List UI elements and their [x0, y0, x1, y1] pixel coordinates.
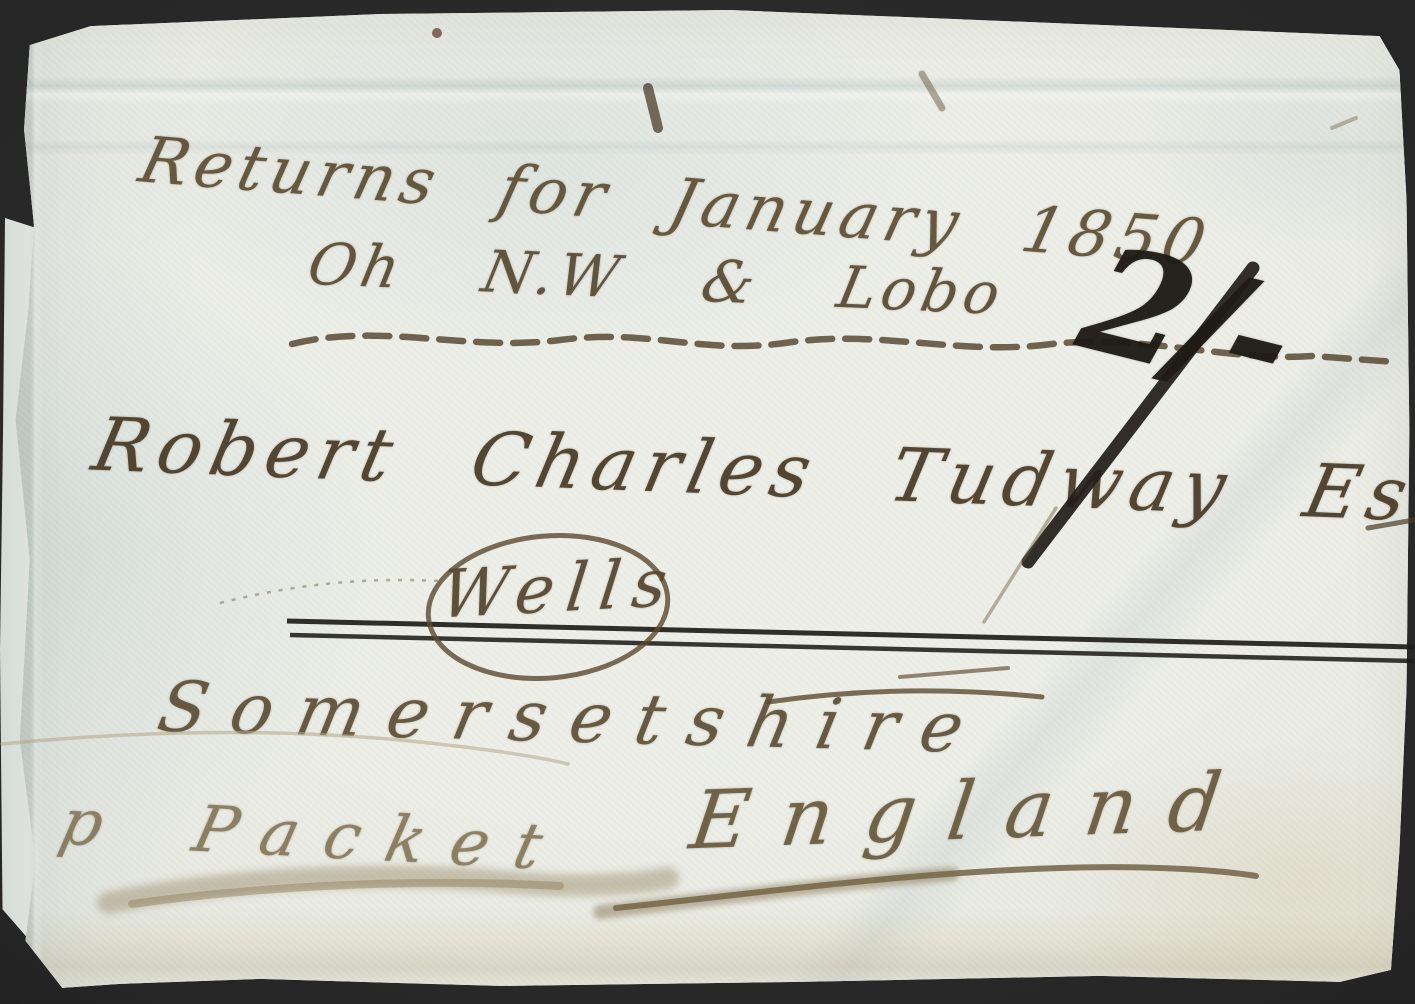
town-line: Wells [436, 544, 683, 634]
